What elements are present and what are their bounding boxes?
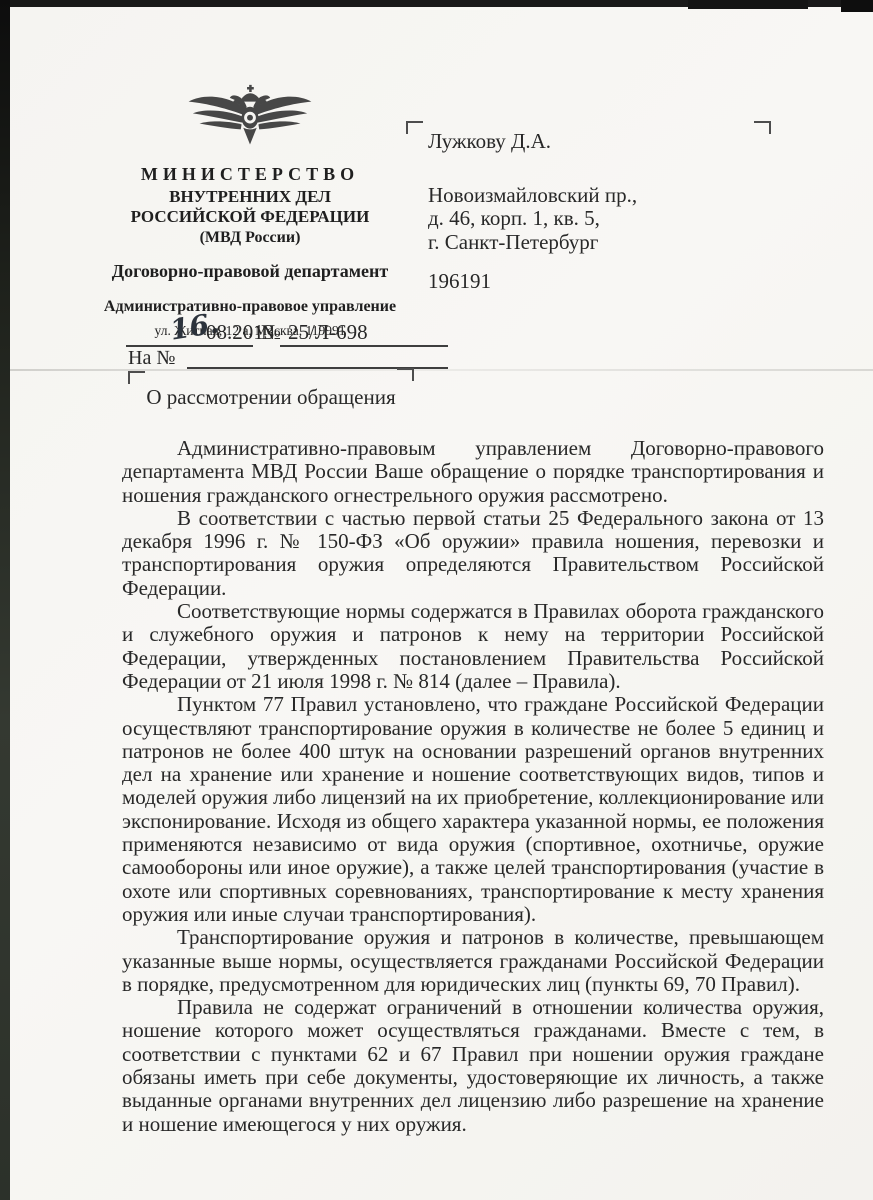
department-name: Договорно-правовой департамент [58,261,442,282]
body-paragraph-2: В соответствии с частью первой статьи 25… [122,507,824,600]
recipient-address-line: г. Санкт-Петербург [428,231,637,255]
body-paragraph-1: Административно-правовым управлением Дог… [122,437,824,507]
recipient-address-line: Новоизмайловский пр., [428,184,637,208]
recipient-address-line: д. 46, корп. 1, кв. 5, [428,207,637,231]
letterhead: МИНИСТЕРСТВО ВНУТРЕННИХ ДЕЛ РОССИЙСКОЙ Ф… [58,84,442,339]
subject-line: О рассмотрении обращения [128,385,414,410]
mvd-emblem [58,84,442,158]
body-paragraph-4: Пунктом 77 Правил установлено, что гражд… [122,693,824,926]
scan-artifact-top-right [841,0,873,12]
body-paragraph-5: Транспортирование оружия и патронов в ко… [122,926,824,996]
recipient-window-bracket-right [754,121,771,134]
recipient-window-bracket-left [406,121,423,134]
letter-body: Административно-правовым управлением Дог… [122,437,824,1136]
body-paragraph-6: Правила не содержат ограничений в отноше… [122,996,824,1136]
ministry-abbreviation: (МВД России) [58,229,442,247]
ministry-name-line1: МИНИСТЕРСТВО [58,164,442,185]
body-paragraph-3: Соответствующие нормы содержатся в Прави… [122,600,824,693]
number-sign: № [261,320,281,345]
subject-window-bracket-right [397,368,414,381]
recipient-name: Лужкову Д.А. [428,130,637,154]
number-underline [280,345,448,347]
scan-edge-left-artifact [0,0,10,1200]
recipient-address: Новоизмайловский пр., д. 46, корп. 1, кв… [428,184,637,255]
double-headed-eagle-icon [184,84,316,158]
recipient-block: Лужкову Д.А. Новоизмайловский пр., д. 46… [428,130,637,294]
division-name: Административно-правовое управление [58,298,442,316]
outgoing-number: 25/Л-698 [288,320,368,345]
subject-window-bracket-left [128,371,145,384]
ministry-name-line2: ВНУТРЕННИХ ДЕЛ [58,187,442,207]
scan-edge-top-artifact-segment [688,0,808,9]
recipient-postal-code: 196191 [428,270,637,294]
reply-reference-label: На № [128,347,175,370]
scanned-letter-page: МИНИСТЕРСТВО ВНУТРЕННИХ ДЕЛ РОССИЙСКОЙ Ф… [0,0,873,1200]
ministry-name-line3: РОССИЙСКОЙ ФЕДЕРАЦИИ [58,207,442,227]
